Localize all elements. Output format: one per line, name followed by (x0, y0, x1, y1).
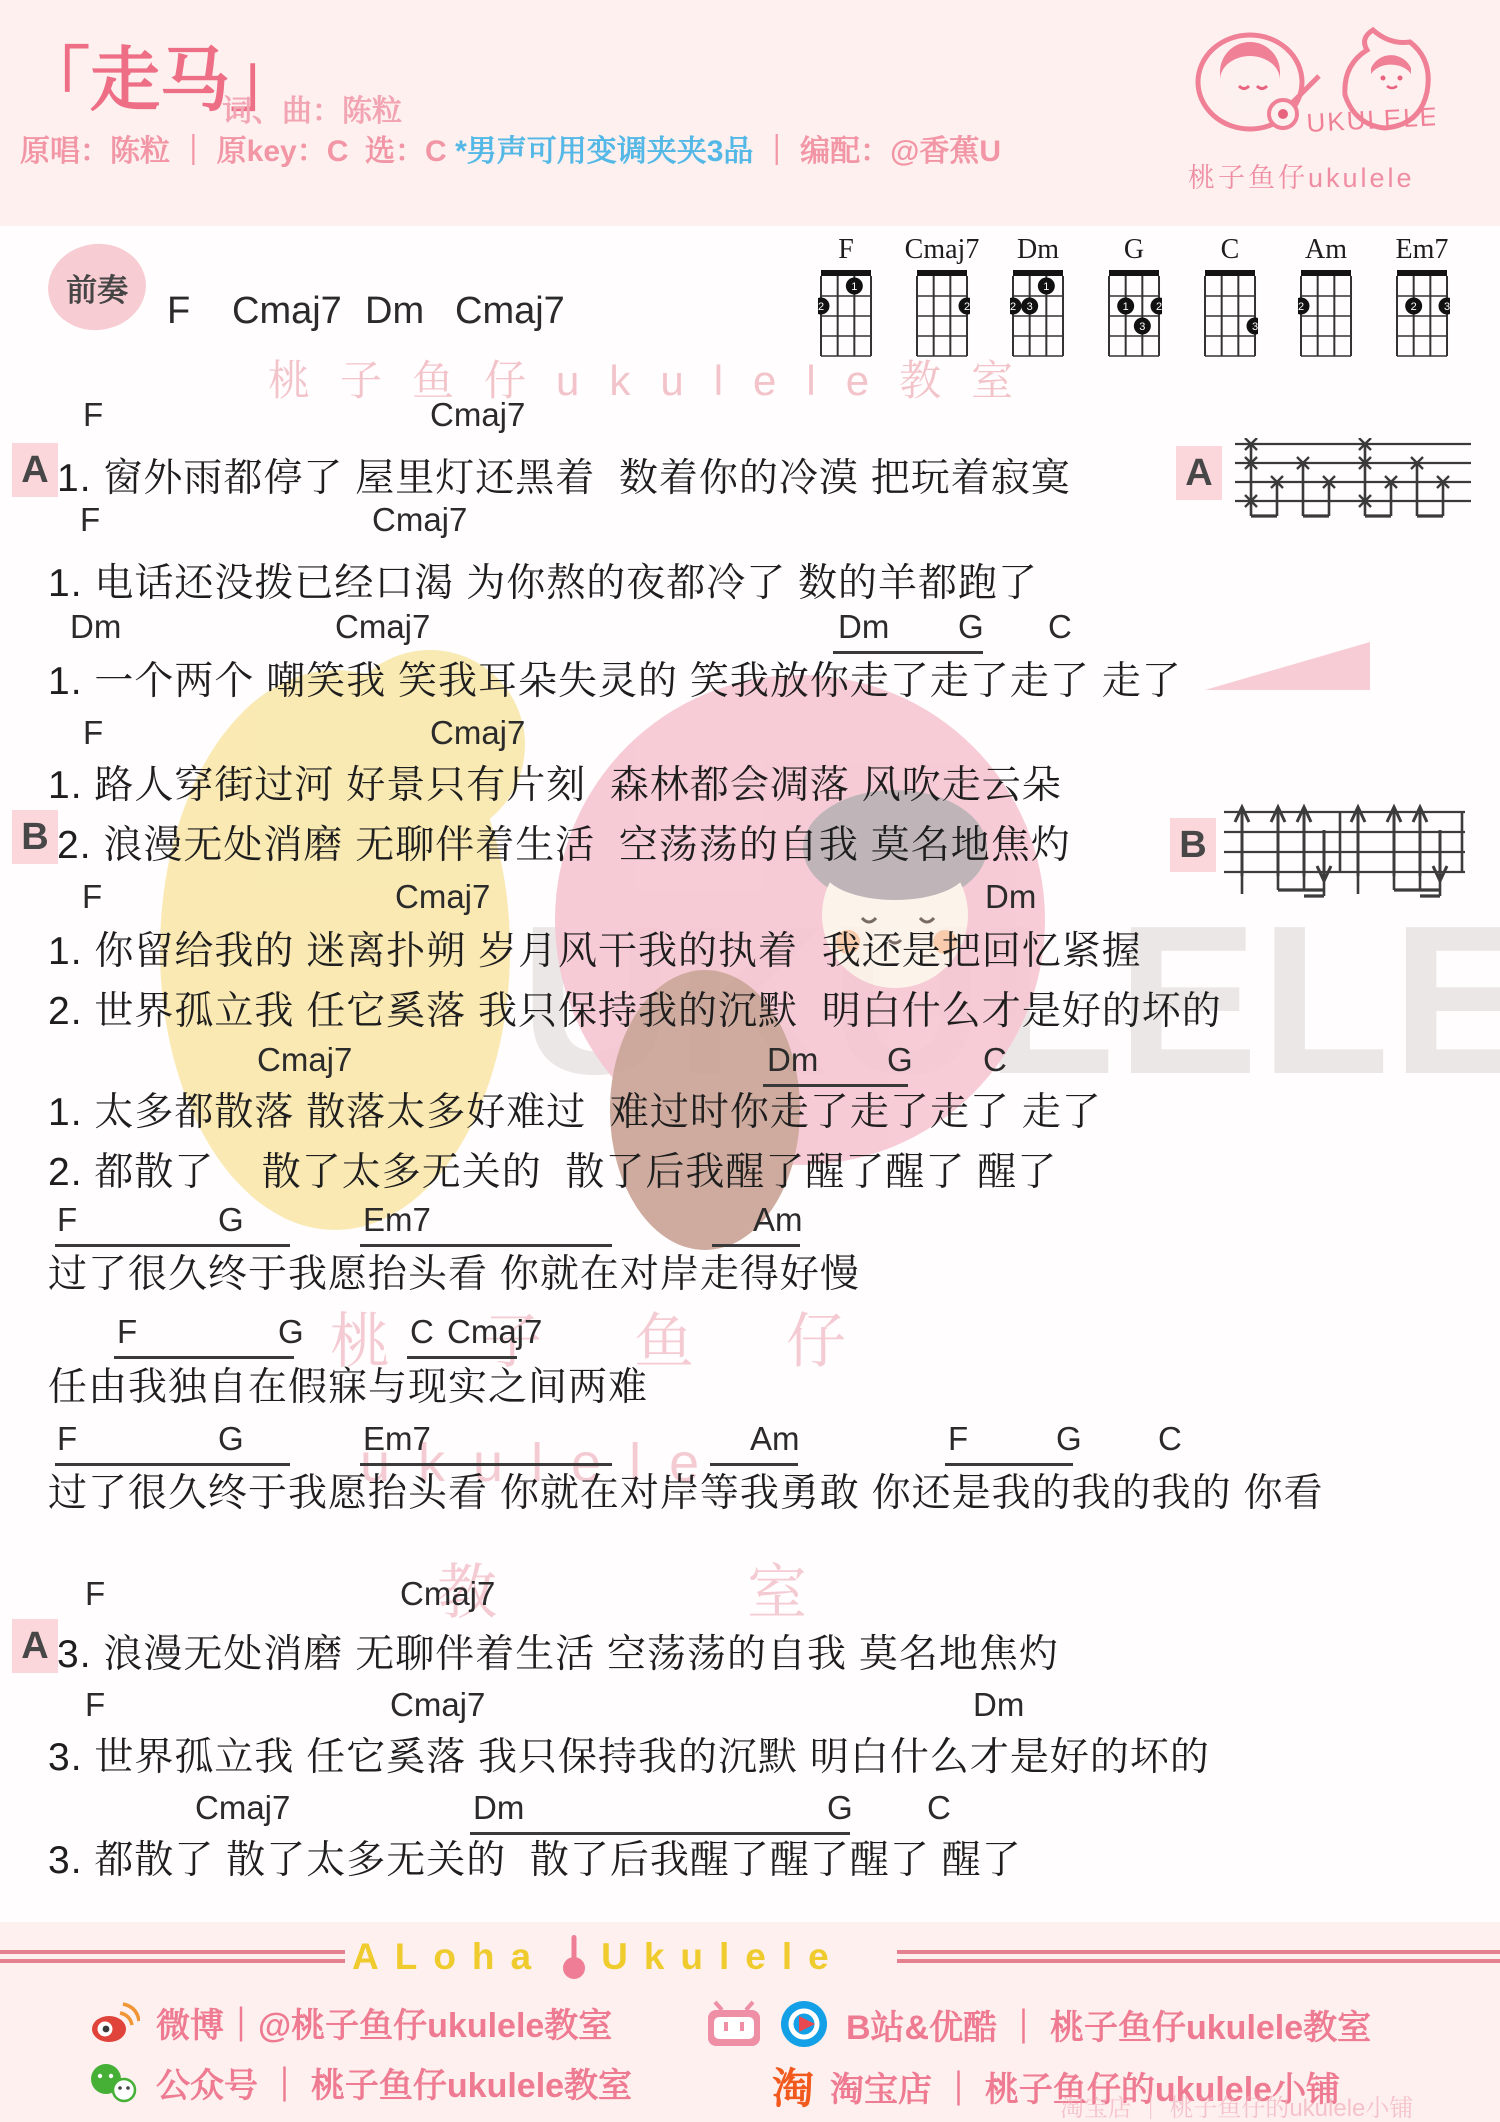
chord-label: F (57, 1201, 77, 1239)
chord-label: Dm (70, 608, 121, 646)
chord-label: F (948, 1420, 968, 1458)
lyric-text: 任由我独自在假寐与现实之间两难 (48, 1356, 648, 1412)
chord-label: G (1056, 1420, 1082, 1458)
chord-label: F (82, 878, 102, 916)
chord-line: FCmaj7 (0, 396, 1500, 444)
lyric-text: 3. 世界孤立我 任它奚落 我只保持我的沉默 明白什么才是好的坏的 (48, 1726, 1210, 1782)
chord-label: Cmaj7 (195, 1789, 290, 1827)
lyric-text: 1. 电话还没拨已经口渴 为你熬的夜都冷了 数的羊都跑了 (48, 552, 1038, 608)
chord-label: G (958, 608, 984, 646)
chord-line: FGCCmaj7 (0, 1313, 1500, 1361)
chord-label: C (1158, 1420, 1182, 1458)
chord-label: G (278, 1313, 304, 1351)
section-marker-right: B (1170, 818, 1216, 872)
chord-label: Am (750, 1420, 800, 1458)
lyric-line: 2. 世界孤立我 任它奚落 我只保持我的沉默 明白什么才是好的坏的 (0, 980, 1500, 1034)
lyric-text: 3. 浪漫无处消磨 无聊伴着生活 空荡荡的自我 莫名地焦灼 (57, 1623, 1059, 1679)
lyric-text: 1. 路人穿街过河 好景只有片刻 森林都会凋落 风吹走云朵 (48, 754, 1062, 810)
chord-label: F (117, 1313, 137, 1351)
lyric-text: 1. 你留给我的 迷离扑朔 岁月风干我的执着 我还是把回忆紧握 (48, 920, 1142, 976)
lyric-line: 3. 世界孤立我 任它奚落 我只保持我的沉默 明白什么才是好的坏的 (0, 1726, 1500, 1780)
chord-line: FGEm7AmFGC (0, 1420, 1500, 1468)
chord-line: FGEm7Am (0, 1201, 1500, 1249)
chord-label: F (57, 1420, 77, 1458)
chord-label: G (827, 1789, 853, 1827)
lyric-text: 2. 世界孤立我 任它奚落 我只保持我的沉默 明白什么才是好的坏的 (48, 980, 1222, 1036)
chord-label: Cmaj7 (430, 396, 525, 434)
lyric-text: 1. 太多都散落 散落太多好难过 难过时你走了走了走了 走了 (48, 1081, 1102, 1137)
chord-label: Am (753, 1201, 803, 1239)
chord-label: F (83, 396, 103, 434)
chord-label: Em7 (363, 1201, 431, 1239)
section-marker: B (12, 810, 58, 864)
lyric-line: 1. 你留给我的 迷离扑朔 岁月风干我的执着 我还是把回忆紧握 (0, 920, 1500, 974)
chord-label: Cmaj7 (335, 608, 430, 646)
lyric-text: 1. 一个两个 嘲笑我 笑我耳朵失灵的 笑我放你走了走了走了 走了 (48, 650, 1182, 706)
chord-label: Dm (985, 878, 1036, 916)
chord-label: C (927, 1789, 951, 1827)
lyric-text: 1. 窗外雨都停了 屋里灯还黑着 数着你的冷漠 把玩着寂寞 (57, 447, 1071, 503)
chord-label: G (887, 1041, 913, 1079)
fingerpicking-pattern-a (1233, 438, 1473, 523)
lyric-text: 3. 都散了 散了太多无关的 散了后我醒了醒了醒了 醒了 (48, 1829, 1022, 1885)
chord-label: Cmaj7 (257, 1041, 352, 1079)
lyric-line: 过了很久终于我愿抬头看 你就在对岸等我勇敢 你还是我的我的我的 你看 (0, 1462, 1500, 1516)
chord-label: G (218, 1201, 244, 1239)
lyric-line: 2. 都散了 散了太多无关的 散了后我醒了醒了醒了 醒了 (0, 1141, 1500, 1195)
chord-label: Cmaj7 (447, 1313, 542, 1351)
chord-label: F (80, 501, 100, 539)
lyric-text: 过了很久终于我愿抬头看 你就在对岸等我勇敢 你还是我的我的我的 你看 (48, 1462, 1324, 1518)
lyric-line: 1. 电话还没拨已经口渴 为你熬的夜都冷了 数的羊都跑了 (0, 552, 1500, 606)
lyric-line: 1. 太多都散落 散落太多好难过 难过时你走了走了走了 走了 (0, 1081, 1500, 1135)
lyric-line: 任由我独自在假寐与现实之间两难 (0, 1356, 1500, 1410)
chord-sheet-page: 桃子鱼仔ukulele教室 UKULELE 桃子鱼仔 ukulele 教室 「走… (0, 0, 1500, 2122)
chord-label: Dm (838, 608, 889, 646)
chord-line: FCmaj7 (0, 1575, 1500, 1623)
lyric-line: 1. 路人穿街过河 好景只有片刻 森林都会凋落 风吹走云朵 (0, 754, 1500, 808)
chord-label: G (218, 1420, 244, 1458)
chord-label: F (167, 290, 190, 333)
chord-label: Cmaj7 (390, 1686, 485, 1724)
chord-label: C (1048, 608, 1072, 646)
chord-line: DmCmaj7DmGC (0, 608, 1500, 656)
lyric-line: A3. 浪漫无处消磨 无聊伴着生活 空荡荡的自我 莫名地焦灼 (0, 1623, 1500, 1677)
chord-label: Dm (473, 1789, 524, 1827)
lyric-text: 2. 都散了 散了太多无关的 散了后我醒了醒了醒了 醒了 (48, 1141, 1057, 1197)
chord-label: C (410, 1313, 434, 1351)
lyric-line: 过了很久终于我愿抬头看 你就在对岸走得好慢 (0, 1243, 1500, 1297)
chord-label: Cmaj7 (455, 290, 565, 333)
chord-label: Cmaj7 (232, 290, 342, 333)
lyric-text: 过了很久终于我愿抬头看 你就在对岸走得好慢 (48, 1243, 860, 1299)
lyric-line: 1. 一个两个 嘲笑我 笑我耳朵失灵的 笑我放你走了走了走了 走了 (0, 650, 1500, 704)
chord-label: Dm (973, 1686, 1024, 1724)
chord-label: Cmaj7 (400, 1575, 495, 1613)
chord-label: Dm (365, 290, 424, 333)
chord-label: Cmaj7 (430, 714, 525, 752)
chord-label: F (85, 1575, 105, 1613)
section-marker: A (12, 1619, 58, 1673)
chord-label: Cmaj7 (395, 878, 490, 916)
chord-label: Cmaj7 (372, 501, 467, 539)
chord-label: Em7 (363, 1420, 431, 1458)
section-marker-right: A (1176, 446, 1222, 500)
chord-label: C (983, 1041, 1007, 1079)
chord-label: F (83, 714, 103, 752)
chord-label: F (85, 1686, 105, 1724)
chord-label: Dm (767, 1041, 818, 1079)
song-body: FCmaj7DmCmaj7FCmaj7A1. 窗外雨都停了 屋里灯还黑着 数着你… (0, 0, 1500, 2122)
lyric-line: 3. 都散了 散了太多无关的 散了后我醒了醒了醒了 醒了 (0, 1829, 1500, 1883)
strumming-pattern-b (1222, 802, 1467, 902)
section-marker: A (12, 443, 58, 497)
chord-line: FCmaj7DmCmaj7 (0, 290, 1500, 338)
lyric-text: 2. 浪漫无处消磨 无聊伴着生活 空荡荡的自我 莫名地焦灼 (57, 814, 1071, 870)
